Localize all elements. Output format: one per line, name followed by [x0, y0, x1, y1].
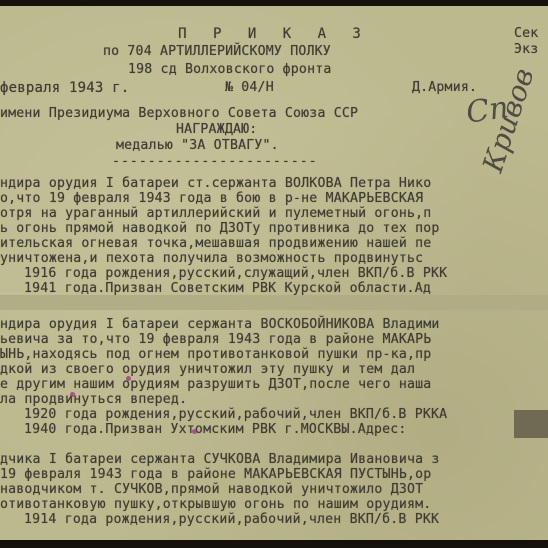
awardee-text-line: ьевича за то,что 19 февраля 1943 года в …	[0, 332, 431, 347]
awardee-text-line: ительская огневая точка,мешавшая продвиж…	[0, 236, 431, 251]
awardee-text-line: наводчиком т. СУЧКОВ,прямой наводкой уни…	[0, 482, 423, 497]
awardee-birth-line: 1920 года рождения,русский,рабочий,член …	[24, 407, 447, 422]
awardee-text-line: е другим нашим орудиям разрушить ДЗОТ,по…	[0, 377, 431, 392]
preamble-award-verb: НАГРАЖДАЮ:	[176, 122, 257, 137]
awardee-text-line: уничтожена,и пехота получила возможность…	[0, 251, 423, 266]
awardee-text-line: ндира орудия I батареи сержанта ВОСКОБОЙ…	[0, 317, 440, 332]
awardee-text-line: отря на ураганный артиллерийский и пулем…	[0, 206, 431, 221]
preamble-medal-name: медалью "ЗА ОТВАГУ".	[116, 138, 279, 153]
awardee-text-line: ЫНЬ,находясь под огнем противотанковой п…	[0, 347, 431, 362]
army-label: Д.Армия.	[412, 80, 477, 95]
preamble-separator: -----------------------	[112, 154, 318, 169]
awardee-birth-line: 1916 года рождения,русский,служащий,член…	[24, 266, 447, 281]
secrecy-mark: Сек	[514, 26, 538, 41]
awardee-text-line: ь огонь прямой наводкой по ДЗОТу противн…	[0, 221, 440, 236]
awardee-text-line: 19 февраля 1943 года в районе МАКАРЬЕВСК…	[0, 467, 431, 482]
awardee-birth-line: 1914 года рождения,русский,рабочий,член …	[24, 512, 439, 527]
copy-mark: Экз	[514, 42, 538, 57]
stamp-ink-speck	[126, 376, 131, 381]
awardee-draft-line: 1940 года.Призван Ухтомским РВК г.МОСКВЫ…	[24, 422, 407, 437]
scan-bottom-edge	[0, 540, 548, 548]
awardee-text-line: ндира орудия I батареи ст.сержанта ВОЛКО…	[0, 176, 431, 191]
awardee-draft-line: 1941 года.Призван Советским РВК Курской …	[24, 281, 431, 296]
stamp-ink-speck	[192, 429, 197, 434]
order-division-line: 198 сд Волховского фронта	[128, 62, 332, 77]
order-title: П Р И К А З	[0, 26, 548, 42]
awardee-text-line: дкой из своего орудия уничтожил эту пушк…	[0, 362, 415, 377]
awardee-text-line: отивотанковую пушку,открывшую огонь по н…	[0, 497, 431, 512]
awardee-text-line: о,что 19 февраля 1943 года в бою в р-не …	[0, 191, 423, 206]
order-date: февраля 1943 г.	[0, 80, 129, 96]
order-regiment-line: по 704 АРТИЛЛЕРИЙСКОМУ ПОЛКУ	[103, 44, 331, 59]
stamp-ink-speck	[70, 392, 75, 397]
redaction-band	[0, 295, 548, 310]
archival-award-order-page: П Р И К А З по 704 АРТИЛЛЕРИЙСКОМУ ПОЛКУ…	[0, 6, 548, 540]
awardee-text-line: дчика I батареи сержанта СУЧКОВА Владими…	[0, 452, 440, 467]
redaction-box	[514, 410, 548, 438]
preamble-line-1: имени Президиума Верховного Совета Союза…	[0, 106, 358, 121]
order-number: № 04/Н	[225, 80, 274, 95]
awardee-text-line: ла продвинуться вперед.	[0, 392, 187, 407]
